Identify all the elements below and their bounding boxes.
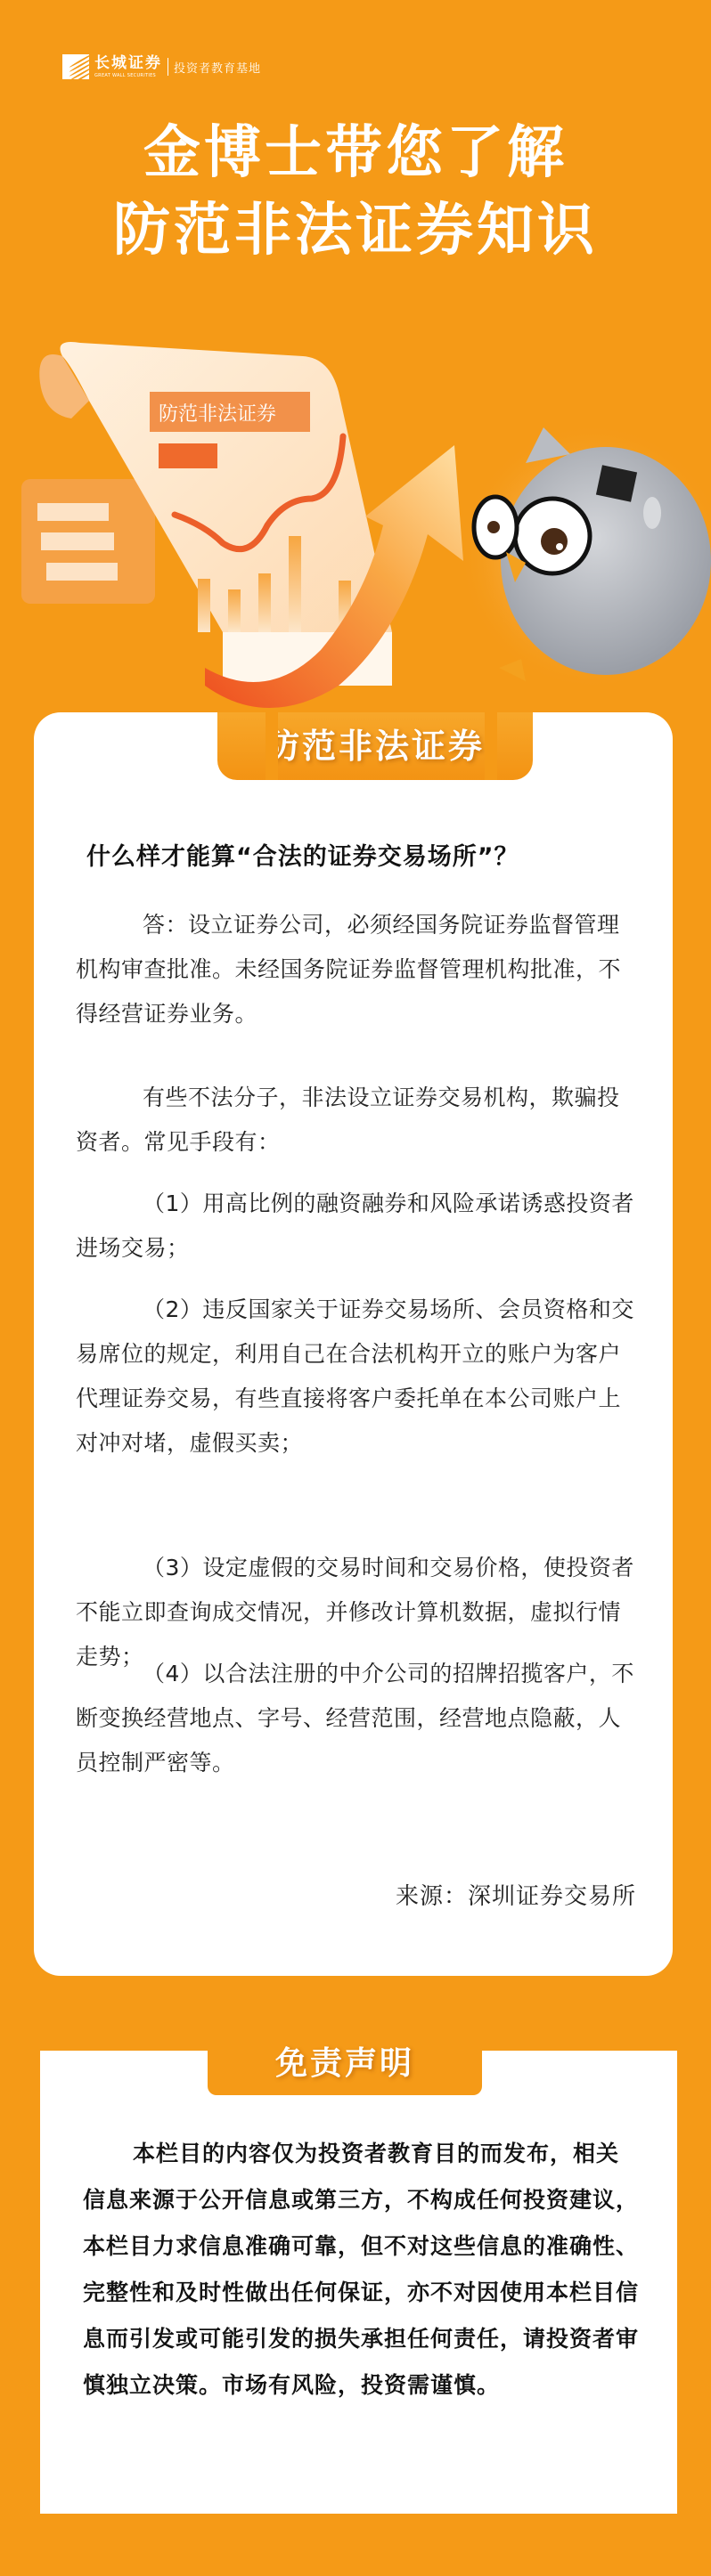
question-heading: 什么样才能算“合法的证券交易场所”？ bbox=[86, 837, 519, 872]
section-tab-disclaimer: 免责声明 bbox=[208, 2033, 482, 2095]
tactic-item-1: （1）用高比例的融资融券和风险承诺诱惑投资者进场交易； bbox=[76, 1182, 637, 1271]
page-title-line1: 金博士带您了解 bbox=[0, 125, 711, 182]
answer-paragraph: 答：设立证券公司，必须经国务院证券监督管理机构审查批准。未经国务院证券监督管理机… bbox=[76, 903, 637, 1036]
page-title-line2: 防范非法证券知识 bbox=[0, 202, 711, 259]
brand-logo: 长城证券 GREAT WALL SECURITIES 投资者教育基地 bbox=[62, 52, 261, 82]
section-tab-illegal-securities: 防范非法证券 bbox=[217, 712, 533, 780]
intro-paragraph: 有些不法分子，非法设立证券交易机构，欺骗投资者。常见手段有： bbox=[76, 1076, 637, 1165]
logo-divider bbox=[168, 58, 168, 76]
tactic-item-2: （2）违反国家关于证券交易场所、会员资格和交易席位的规定，利用自己在合法机构开立… bbox=[76, 1288, 637, 1466]
owl-mascot-icon bbox=[459, 423, 711, 690]
brand-name-en: GREAT WALL SECURITIES bbox=[94, 74, 162, 78]
source-attribution: 来源：深圳证券交易所 bbox=[396, 1878, 636, 1911]
disclaimer-text: 本栏目的内容仅为投资者教育目的而发布，相关信息来源于公开信息或第三方，不构成任何… bbox=[83, 2131, 640, 2409]
list-card-icon bbox=[21, 479, 155, 604]
great-wall-logo-icon bbox=[62, 54, 89, 79]
tactic-item-4: （4）以合法注册的中介公司的招牌招揽客户，不断变换经营地点、字号、经营范围，经营… bbox=[76, 1652, 637, 1785]
brand-name-cn: 长城证券 bbox=[94, 56, 162, 71]
brand-tagline: 投资者教育基地 bbox=[174, 59, 261, 76]
svg-text:防范非法证券: 防范非法证券 bbox=[159, 403, 276, 426]
hero-illustration: 防范非法证券 bbox=[0, 329, 711, 712]
